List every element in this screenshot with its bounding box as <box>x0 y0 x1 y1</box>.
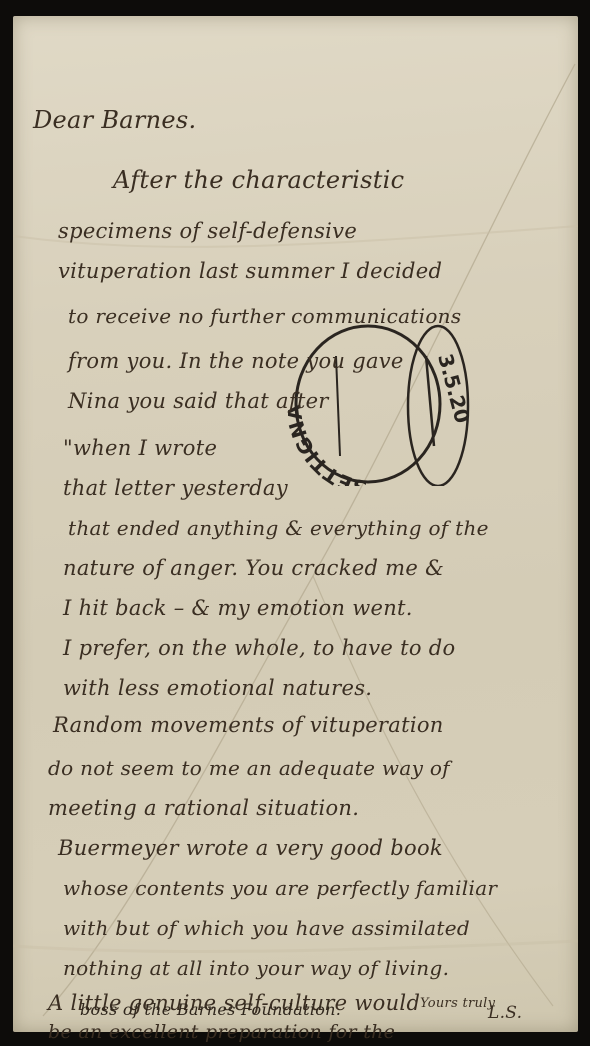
closing-line: boss of the Barnes Foundation. <box>80 1000 341 1019</box>
letter-line: vituperation last summer I decided <box>58 259 442 283</box>
letter-line: specimens of self-defensive <box>58 219 357 243</box>
letter-line: meeting a rational situation. <box>48 796 359 820</box>
letter-line: with but of which you have assimilated <box>63 916 470 940</box>
letter-line: I hit back – & my emotion went. <box>63 596 413 620</box>
letter-line: from you. In the note you gave <box>68 349 404 373</box>
letter-line: that ended anything & everything of the <box>68 516 489 540</box>
letter-line: nature of anger. You cracked me & <box>63 556 444 580</box>
letter-line: be an excellent preparation for the <box>48 1021 395 1043</box>
letter-line: with less emotional natures. <box>63 676 372 700</box>
letter-line: After the characteristic <box>113 166 404 194</box>
signature: L.S. <box>488 1003 522 1023</box>
closing: Yours truly <box>420 996 495 1011</box>
letter-line: I prefer, on the whole, to have to do <box>63 636 455 660</box>
letter-line: whose contents you are perfectly familia… <box>63 876 497 900</box>
letter-line: Nina you said that after <box>68 389 329 413</box>
salutation: Dear Barnes. <box>33 106 196 134</box>
envelope: SETTIGNA 3.5.20 Dear Barnes. After the c… <box>13 16 578 1032</box>
letter-line: to receive no further communications <box>68 304 461 328</box>
letter-line: nothing at all into your way of living. <box>63 956 449 980</box>
letter-line: Buermeyer wrote a very good book <box>58 836 443 860</box>
letter-body: Dear Barnes. After the characteristic sp… <box>13 16 578 1032</box>
letter-line: "when I wrote <box>63 436 217 460</box>
letter-line: do not seem to me an adequate way of <box>48 756 450 780</box>
letter-line: that letter yesterday <box>63 476 288 500</box>
letter-line: Random movements of vituperation <box>53 713 444 737</box>
